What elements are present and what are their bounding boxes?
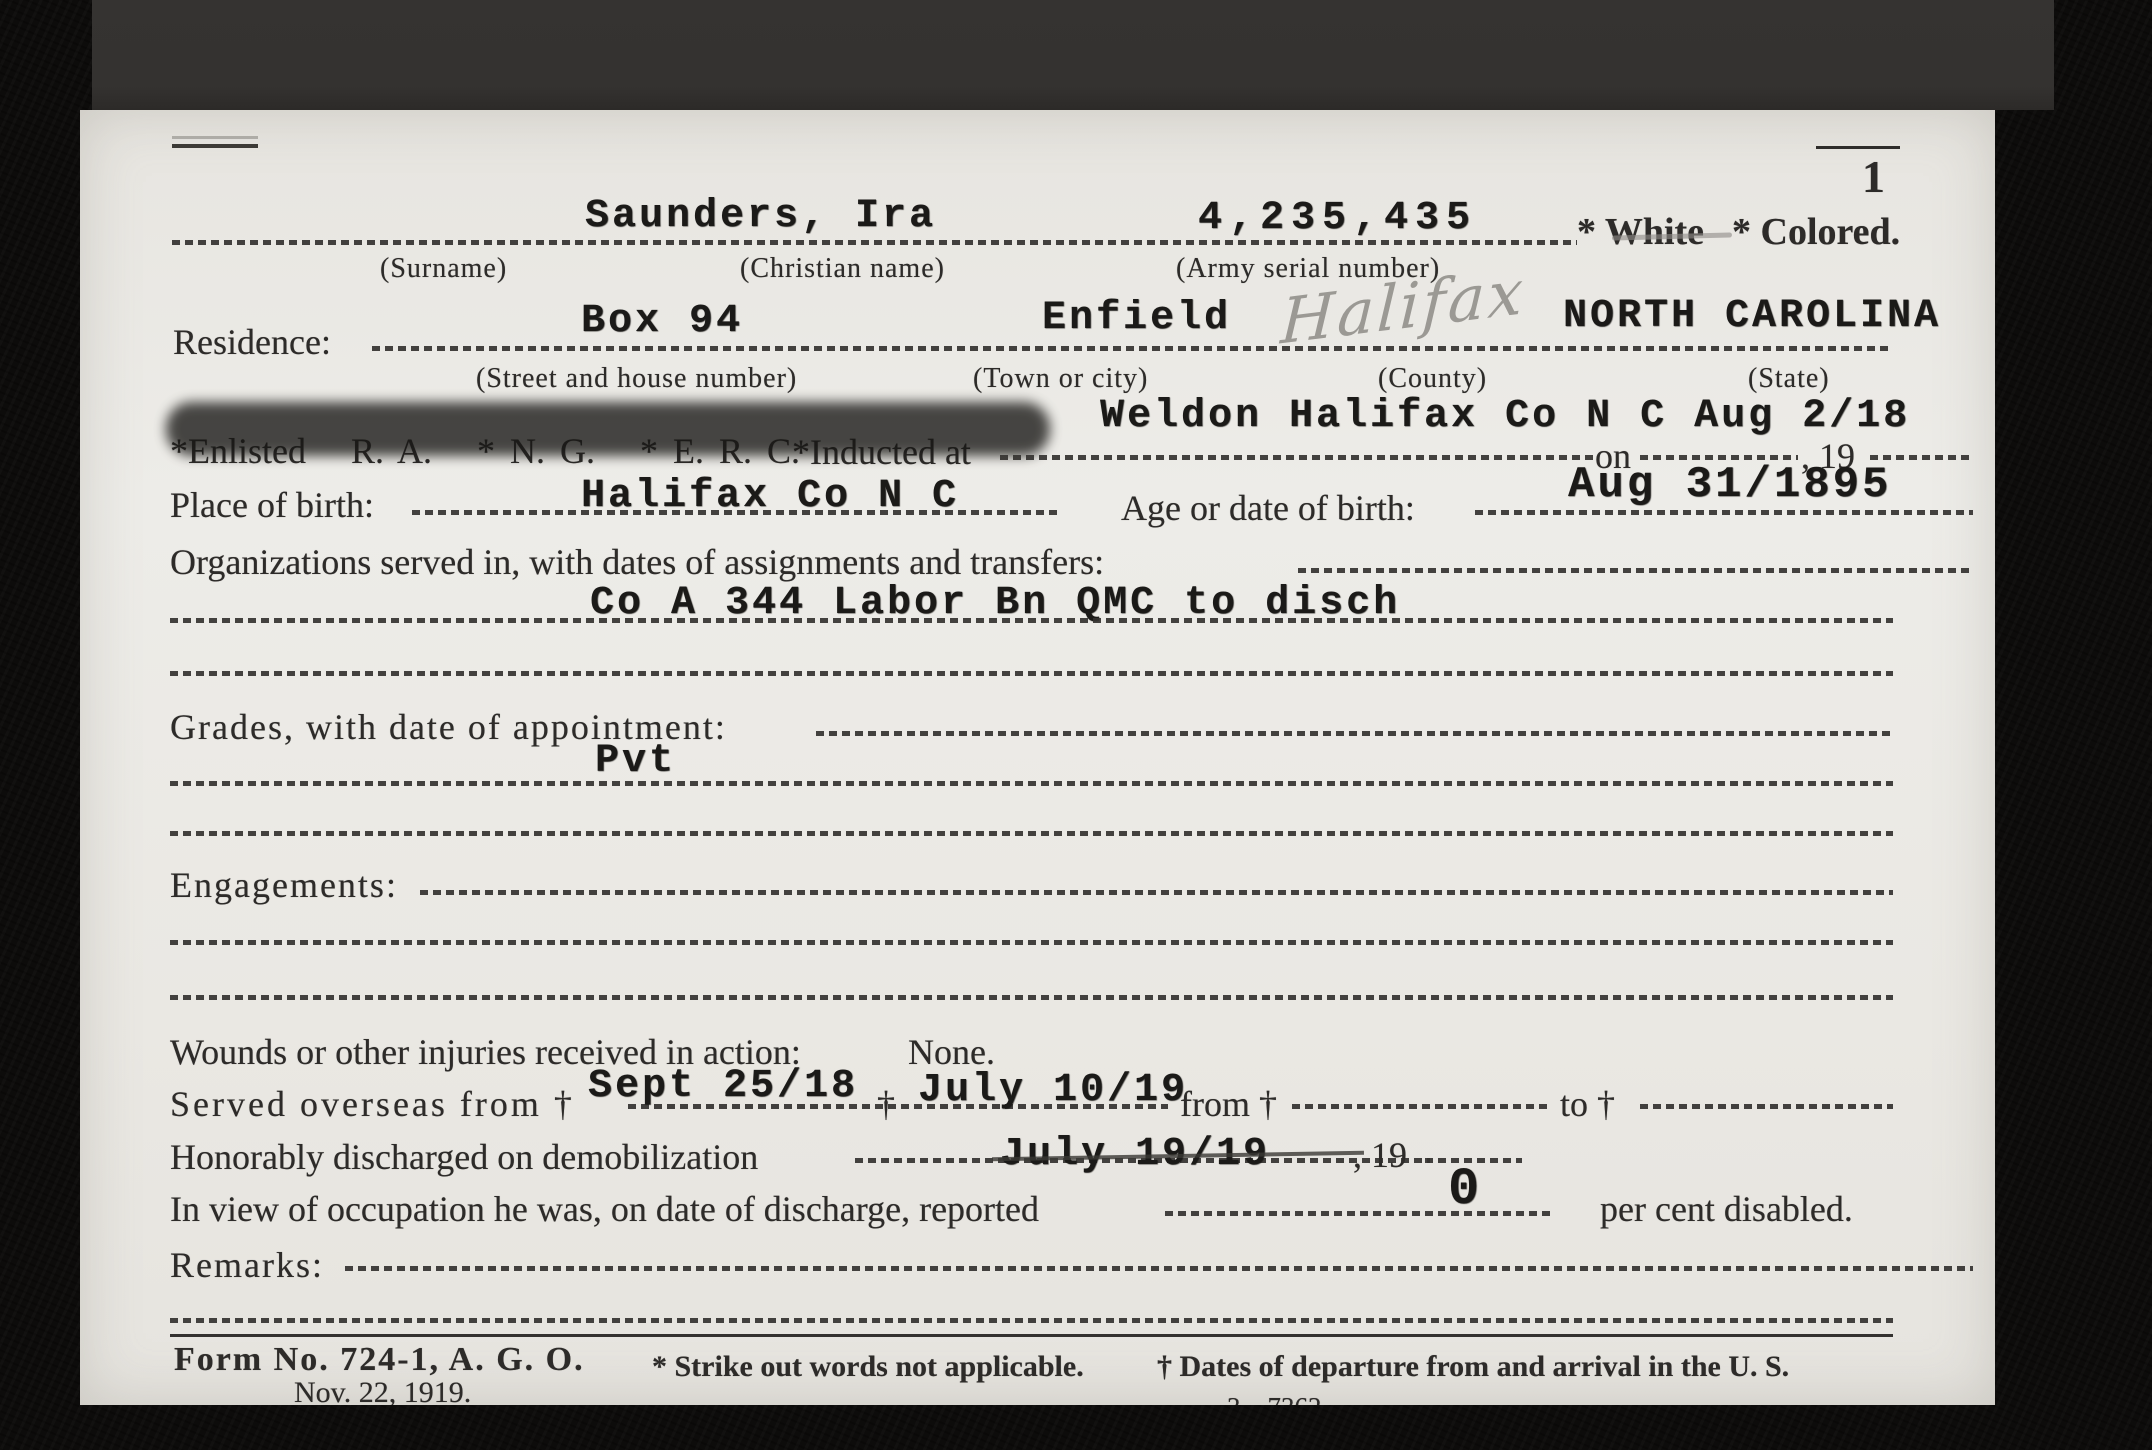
dotted-line	[170, 781, 1893, 786]
page-number-rule	[1816, 146, 1900, 149]
corner-mark	[172, 144, 258, 148]
print-code: 3—7362	[1227, 1392, 1322, 1405]
wounds-value: None.	[908, 1031, 995, 1073]
disability-label: In view of occupation he was, on date of…	[170, 1188, 1039, 1230]
street-caption: (Street and house number)	[476, 363, 797, 395]
dotted-line	[1000, 455, 1598, 460]
service-record-card: 1 Saunders, Ira 4,235,435 * White * Colo…	[80, 110, 1995, 1405]
grade-value: Pvt	[595, 739, 676, 784]
overseas-from-value: Sept 25/18	[588, 1064, 858, 1109]
place-of-birth-value: Halifax Co N C	[581, 474, 959, 519]
ink-smudge-strike	[166, 402, 1050, 456]
corner-mark-faint	[172, 136, 258, 139]
dagger-mark: †	[877, 1083, 895, 1125]
form-number: Form No. 724-1, A. G. O.	[174, 1341, 585, 1379]
dotted-line	[1165, 1211, 1552, 1216]
town-caption: (Town or city)	[973, 363, 1148, 395]
footer-rule	[170, 1334, 1893, 1337]
surname-caption: (Surname)	[380, 253, 507, 285]
dotted-line	[1640, 1104, 1893, 1109]
overseas-to2-label: to †	[1560, 1083, 1615, 1125]
page-number: 1	[1862, 150, 1885, 203]
dotted-line	[170, 1318, 1893, 1323]
age-label: Age or date of birth:	[1121, 487, 1415, 529]
town-value: Enfield	[1042, 296, 1231, 341]
colored-option: * Colored.	[1732, 210, 1900, 254]
dotted-line	[345, 1266, 1973, 1271]
organizations-label: Organizations served in, with dates of a…	[170, 541, 1104, 583]
engagements-label: Engagements:	[170, 864, 398, 906]
dotted-line	[170, 940, 1893, 945]
scanned-page: { "card": { "page_number": "1", "name_ro…	[0, 0, 2152, 1450]
dotted-line	[1298, 568, 1973, 573]
discharge-year-label: , 19	[1353, 1134, 1407, 1176]
overseas-from2-label: from †	[1180, 1083, 1277, 1125]
inducted-at-value: Weldon Halifax Co N C Aug 2/18	[1100, 394, 1910, 439]
county-caption: (County)	[1378, 363, 1487, 395]
dotted-line	[170, 618, 1893, 623]
disability-percent-value: 0	[1448, 1160, 1482, 1219]
remarks-label: Remarks:	[170, 1244, 324, 1286]
christian-name-caption: (Christian name)	[740, 253, 945, 285]
dotted-line	[816, 731, 1893, 736]
dotted-line	[170, 671, 1893, 676]
dagger-note: † Dates of departure from and arrival in…	[1157, 1350, 1789, 1384]
white-option: * White	[1577, 210, 1704, 254]
dotted-line	[170, 995, 1893, 1000]
dotted-line	[372, 346, 1893, 351]
dotted-line	[1292, 1104, 1550, 1109]
serial-value: 4,235,435	[1198, 196, 1477, 241]
name-value: Saunders, Ira	[585, 194, 936, 239]
strike-out-note: * Strike out words not applicable.	[652, 1350, 1084, 1384]
state-caption: (State)	[1748, 363, 1830, 395]
served-overseas-label: Served overseas from †	[170, 1083, 575, 1125]
overseas-to-value: July 10/19	[918, 1068, 1188, 1113]
age-value: Aug 31/1895	[1568, 460, 1891, 510]
dotted-line	[170, 831, 1893, 836]
discharge-label: Honorably discharged on demobilization	[170, 1136, 758, 1178]
residence-label: Residence:	[173, 321, 331, 363]
disability-suffix: per cent disabled.	[1600, 1188, 1853, 1230]
state-value: NORTH CAROLINA	[1563, 294, 1941, 339]
street-value: Box 94	[581, 299, 743, 344]
microfilm-top-bar	[92, 0, 2054, 110]
dotted-line	[1475, 510, 1973, 515]
form-date: Nov. 22, 1919.	[294, 1376, 471, 1405]
dotted-line	[420, 890, 1893, 895]
place-of-birth-label: Place of birth:	[170, 484, 374, 526]
